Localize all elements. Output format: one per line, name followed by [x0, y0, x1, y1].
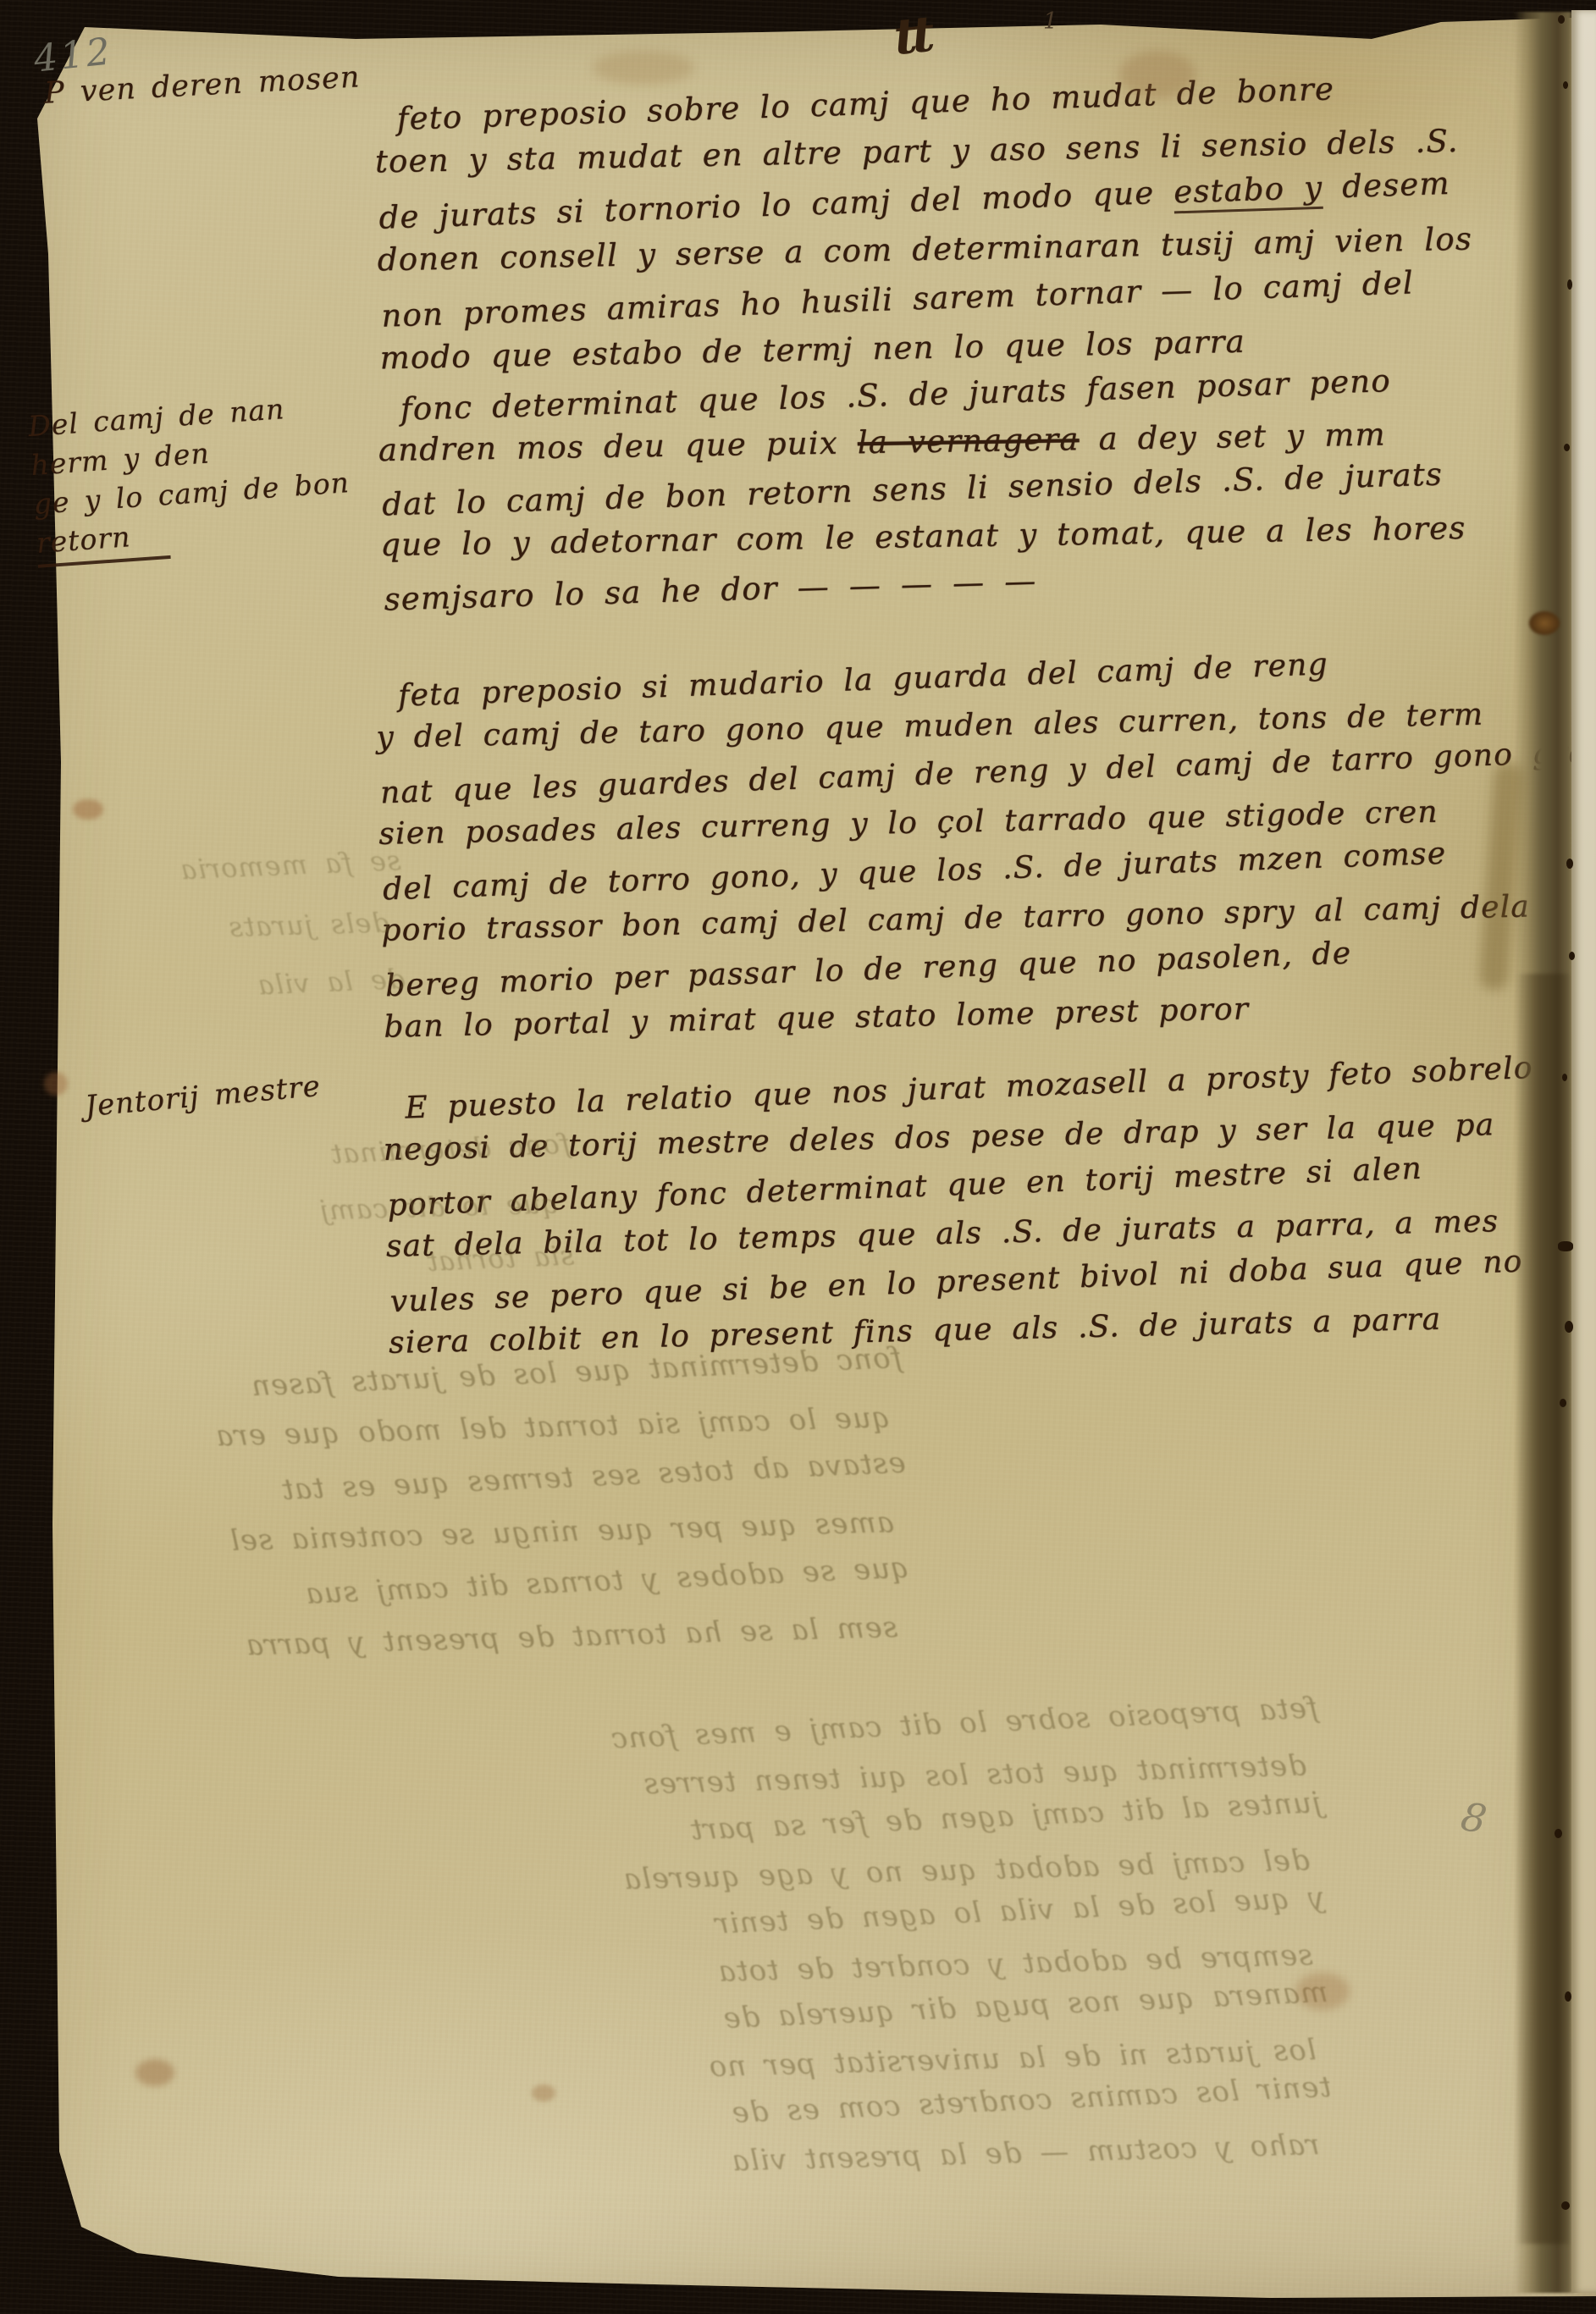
- text-segment: a dey set y mm: [1079, 416, 1386, 457]
- paragraph-1: feto preposio sobre lo camj que ho mudat…: [373, 64, 1472, 385]
- edge-ink-speck: [1567, 279, 1572, 290]
- paragraph-3: feta preposio si mudario la guarda del c…: [374, 639, 1501, 1054]
- edge-ink-speck: [1560, 1399, 1566, 1407]
- manuscript-scan: 412 tt 1 P ven deren mosen feto preposio…: [0, 0, 1596, 2314]
- bleedthrough-mid: se fa memoria dels jurats de la vila: [56, 832, 400, 1022]
- bleedthrough-block-a: fonc determinat que los de jurats fasen …: [41, 1335, 907, 1680]
- gutter-knot-spot: [1529, 611, 1560, 635]
- margin-note-2: Del camj de nan herm y den ge y lo camj …: [27, 385, 354, 568]
- edge-ink-speck: [1564, 444, 1570, 451]
- paragraph-2: fonc determinat que los .S. de jurats fa…: [377, 360, 1474, 620]
- edge-ink-speck: [1565, 1991, 1571, 2002]
- bleedthrough-block-b: feta preposio sobre lo dit camj e mes fo…: [43, 1690, 1329, 2208]
- edge-ink-speck: [1558, 15, 1565, 24]
- text-segment: desem: [1322, 165, 1450, 206]
- underlined-word: retorn: [35, 515, 171, 568]
- heading-mark: tt: [892, 5, 932, 66]
- edge-ink-speck: [1565, 1321, 1573, 1333]
- top-center-numeral: 1: [1043, 8, 1058, 35]
- edge-ink-speck: [1555, 1829, 1562, 1838]
- edge-ink-speck: [1562, 1074, 1567, 1081]
- bleedthrough-left: fonc determinat que lo dit camj sia torn…: [91, 1118, 571, 1301]
- edge-ink-speck: [1561, 2201, 1570, 2210]
- gutter-shadow-lower: [1516, 974, 1571, 2244]
- struck-through-word: la vernagera: [857, 421, 1079, 461]
- text-segment: andren mos deu que puix: [378, 424, 859, 468]
- facing-page-edge: [1571, 10, 1596, 2293]
- underlined-word: estabo y: [1174, 169, 1323, 214]
- edge-ink-speck: [1566, 859, 1573, 869]
- edge-ink-speck: [1569, 952, 1575, 960]
- edge-ink-speck: [1558, 1241, 1573, 1251]
- edge-ink-speck: [1563, 81, 1568, 89]
